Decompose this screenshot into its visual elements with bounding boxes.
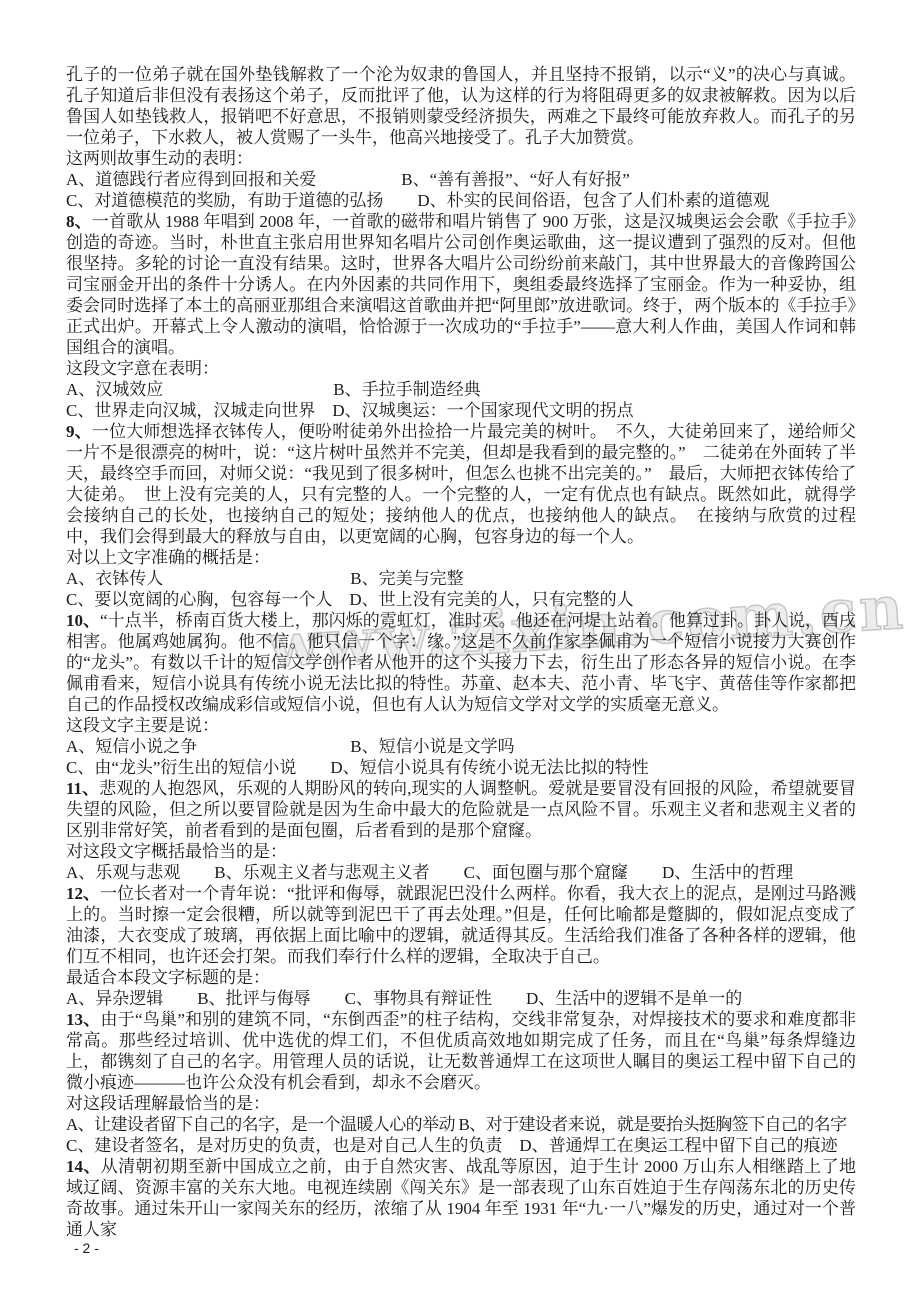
passage-text: 孔子的一位弟子就在国外垫钱解救了一个沦为奴隶的鲁国人，并且坚持不报销，以示“义”… [66, 65, 856, 147]
prompt-q8: 这段文字意在表明： [66, 358, 856, 379]
question-10-passage: 10、“十点半，桥南百货大楼上，那闪烁的霓虹灯，准时灭。他还在河堤上站着。他算过… [66, 610, 856, 715]
prompt-q13: 对这段话理解最恰当的是： [66, 1093, 856, 1114]
options-q9-ab: A、衣钵传人 B、完美与完整 [66, 568, 856, 589]
question-12-passage: 12、一位长者对一个青年说：“批评和侮辱，就跟泥巴没什么两样。你看，我大衣上的泥… [66, 883, 856, 967]
document-content: 孔子的一位弟子就在国外垫钱解救了一个沦为奴隶的鲁国人，并且坚持不报销，以示“义”… [66, 64, 856, 1240]
question-8-passage: 8、一首歌从 1988 年唱到 2008 年，一首歌的磁带和唱片销售了 900 … [66, 211, 856, 358]
document-page: www.zixin.com.cn 孔子的一位弟子就在国外垫钱解救了一个沦为奴隶的… [0, 0, 920, 1302]
options-q7-ab: A、道德践行者应得到回报和关爱 B、“善有善报”、“好人有好报” [66, 169, 856, 190]
question-9-passage: 9、一位大师想选择衣钵传人，便吩咐徒弟外出捡拾一片最完美的树叶。 不久，大徒弟回… [66, 421, 856, 547]
question-8-number: 8、 [66, 212, 92, 231]
options-q9-cd: C、要以宽阔的心胸，包容每一个人 D、世上没有完美的人，只有完整的人 [66, 589, 856, 610]
prompt-q10: 这段文字主要是说： [66, 715, 856, 736]
passage-confucius: 孔子的一位弟子就在国外垫钱解救了一个沦为奴隶的鲁国人，并且坚持不报销，以示“义”… [66, 64, 856, 148]
question-14-number: 14、 [66, 1157, 101, 1176]
options-q10-cd: C、由“龙头”衍生出的短信小说 D、短信小说具有传统小说无法比拟的特性 [66, 757, 856, 778]
options-q13-cd: C、建设者签名，是对历史的负责，也是对自己人生的负责 D、普通焊工在奥运工程中留… [66, 1135, 856, 1156]
prompt-q7: 这两则故事生动的表明： [66, 148, 856, 169]
question-13-passage: 13、由于“鸟巢”和别的建筑不同，“东倒西歪”的柱子结构，交线非常复杂，对焊接技… [66, 1009, 856, 1093]
question-11-passage: 11、悲观的人抱怨风，乐观的人期盼风的转向,现实的人调整帆。爱就是要冒没有回报的… [66, 778, 856, 841]
options-q8-ab: A、汉城效应 B、手拉手制造经典 [66, 379, 856, 400]
prompt-q11: 对这段文字概括最恰当的是： [66, 841, 856, 862]
question-10-number: 10、 [66, 611, 100, 630]
options-q12-abcd: A、异杂逻辑 B、批评与侮辱 C、事物具有辩证性 D、生活中的逻辑不是单一的 [66, 988, 856, 1009]
options-q10-ab: A、短信小说之争 B、短信小说是文学吗 [66, 736, 856, 757]
options-q7-cd: C、对道德模范的奖励，有助于道德的弘扬 D、朴实的民间俗语，包含了人们朴素的道德… [66, 190, 856, 211]
prompt-q9: 对以上文字准确的概括是： [66, 547, 856, 568]
page-number: - 2 - [74, 1240, 99, 1256]
question-13-number: 13、 [66, 1010, 101, 1029]
options-q11-abcd: A、乐观与悲观 B、乐观主义者与悲观主义者 C、面包圈与那个窟窿 D、生活中的哲… [66, 862, 856, 883]
prompt-q12: 最适合本段文字标题的是： [66, 967, 856, 988]
question-9-number: 9、 [66, 422, 92, 441]
question-11-number: 11、 [66, 779, 99, 798]
options-q13-ab: A、让建设者留下自己的名字，是一个温暖人心的举动 B、对于建设者来说，就是要抬头… [66, 1114, 856, 1135]
question-14-passage: 14、从清朝初期至新中国成立之前，由于自然灾害、战乱等原因，迫于生计 2000 … [66, 1156, 856, 1240]
question-12-number: 12、 [66, 884, 100, 903]
options-q8-cd: C、世界走向汉城，汉城走向世界 D、汉城奥运：一个国家现代文明的拐点 [66, 400, 856, 421]
